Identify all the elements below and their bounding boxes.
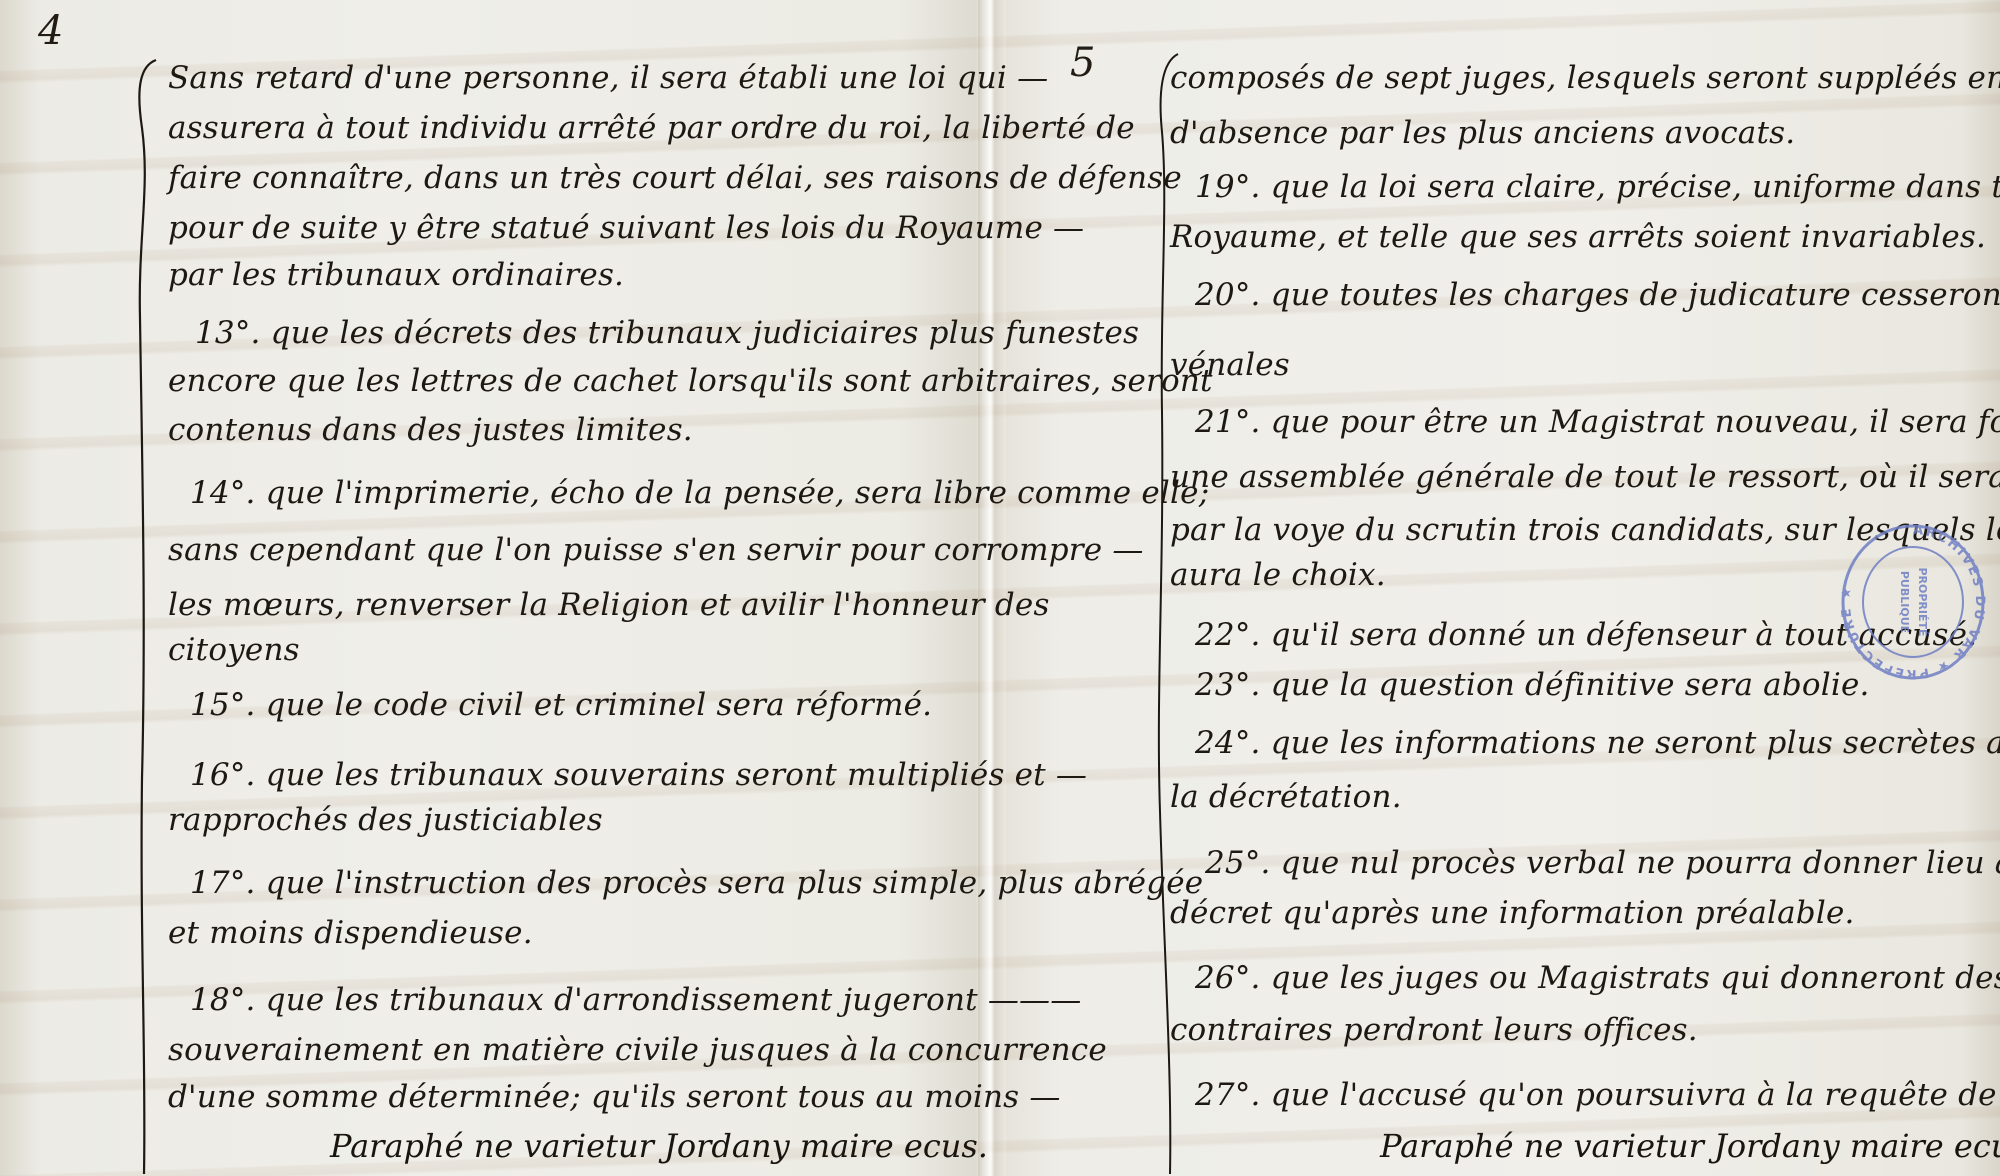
stamp-inner-text-2: PUBLIQUE bbox=[1898, 571, 1911, 633]
manuscript-line: d'absence par les plus anciens avocats. bbox=[1170, 118, 1795, 149]
manuscript-spread: 4 Sans retard d'une personne, il sera ét… bbox=[0, 0, 2000, 1176]
manuscript-line: 15°. que le code civil et criminel sera … bbox=[190, 690, 932, 721]
manuscript-line: contraires perdront leurs offices. bbox=[1170, 1015, 1698, 1046]
archive-stamp: ARCHIVES DU VAR ★ PREFECTURE ★ PROPRIÉTÉ… bbox=[1838, 522, 1988, 682]
manuscript-line: par les tribunaux ordinaires. bbox=[168, 260, 624, 291]
manuscript-line: 18°. que les tribunaux d'arrondissement … bbox=[190, 985, 1081, 1016]
manuscript-line: composés de sept juges, lesquels seront … bbox=[1170, 63, 2000, 94]
folio-number-right: 5 bbox=[1070, 40, 1095, 86]
folio-number-left: 4 bbox=[38, 8, 63, 54]
manuscript-line: aura le choix. bbox=[1170, 560, 1386, 591]
manuscript-line: une assemblée générale de tout le ressor… bbox=[1170, 462, 2000, 493]
manuscript-line: citoyens bbox=[168, 635, 300, 666]
manuscript-line: assurera à tout individu arrêté par ordr… bbox=[168, 113, 1135, 144]
manuscript-line: 20°. que toutes les charges de judicatur… bbox=[1195, 280, 2000, 311]
manuscript-line: 23°. que la question définitive sera abo… bbox=[1195, 670, 1870, 701]
left-page: 4 Sans retard d'une personne, il sera ét… bbox=[0, 0, 985, 1176]
manuscript-line: 25°. que nul procès verbal ne pourra don… bbox=[1205, 848, 2000, 879]
signature-left: Paraphé ne varietur Jordany maire ecus. bbox=[330, 1127, 988, 1165]
stamp-seal-icon: ARCHIVES DU VAR ★ PREFECTURE ★ PROPRIÉTÉ… bbox=[1838, 522, 1988, 682]
manuscript-line: Sans retard d'une personne, il sera étab… bbox=[168, 63, 1048, 94]
manuscript-line: vénales bbox=[1170, 350, 1290, 381]
manuscript-line: sans cependant que l'on puisse s'en serv… bbox=[168, 535, 1144, 566]
margin-bracket-left bbox=[130, 58, 160, 1176]
manuscript-line: rapprochés des justiciables bbox=[168, 805, 603, 836]
manuscript-line: souverainement en matière civile jusques… bbox=[168, 1035, 1107, 1066]
manuscript-line: 19°. que la loi sera claire, précise, un… bbox=[1195, 172, 2000, 203]
manuscript-line: 16°. que les tribunaux souverains seront… bbox=[190, 760, 1087, 791]
manuscript-line: d'une somme déterminée; qu'ils seront to… bbox=[168, 1082, 1061, 1113]
stamp-inner-text-1: PROPRIÉTÉ bbox=[1916, 567, 1929, 636]
manuscript-line: 27°. que l'accusé qu'on poursuivra à la … bbox=[1195, 1080, 2000, 1111]
manuscript-line: Royaume, et telle que ses arrêts soient … bbox=[1170, 222, 1986, 253]
manuscript-line: 13°. que les décrets des tribunaux judic… bbox=[195, 318, 1139, 349]
signature-right: Paraphé ne varietur Jordany maire ecus bbox=[1380, 1127, 2000, 1165]
manuscript-line: décret qu'après une information préalabl… bbox=[1170, 898, 1855, 929]
manuscript-line: pour de suite y être statué suivant les … bbox=[168, 213, 1084, 244]
manuscript-line: 24°. que les informations ne seront plus… bbox=[1195, 728, 2000, 759]
manuscript-line: 21°. que pour être un Magistrat nouveau,… bbox=[1195, 407, 2000, 438]
manuscript-line: la décrétation. bbox=[1170, 782, 1402, 813]
manuscript-line: 26°. que les juges ou Magistrats qui don… bbox=[1195, 963, 2000, 994]
manuscript-line: contenus dans des justes limites. bbox=[168, 415, 693, 446]
manuscript-line: et moins dispendieuse. bbox=[168, 918, 533, 949]
brace-icon bbox=[130, 58, 160, 1176]
manuscript-line: les mœurs, renverser la Religion et avil… bbox=[168, 590, 1050, 621]
